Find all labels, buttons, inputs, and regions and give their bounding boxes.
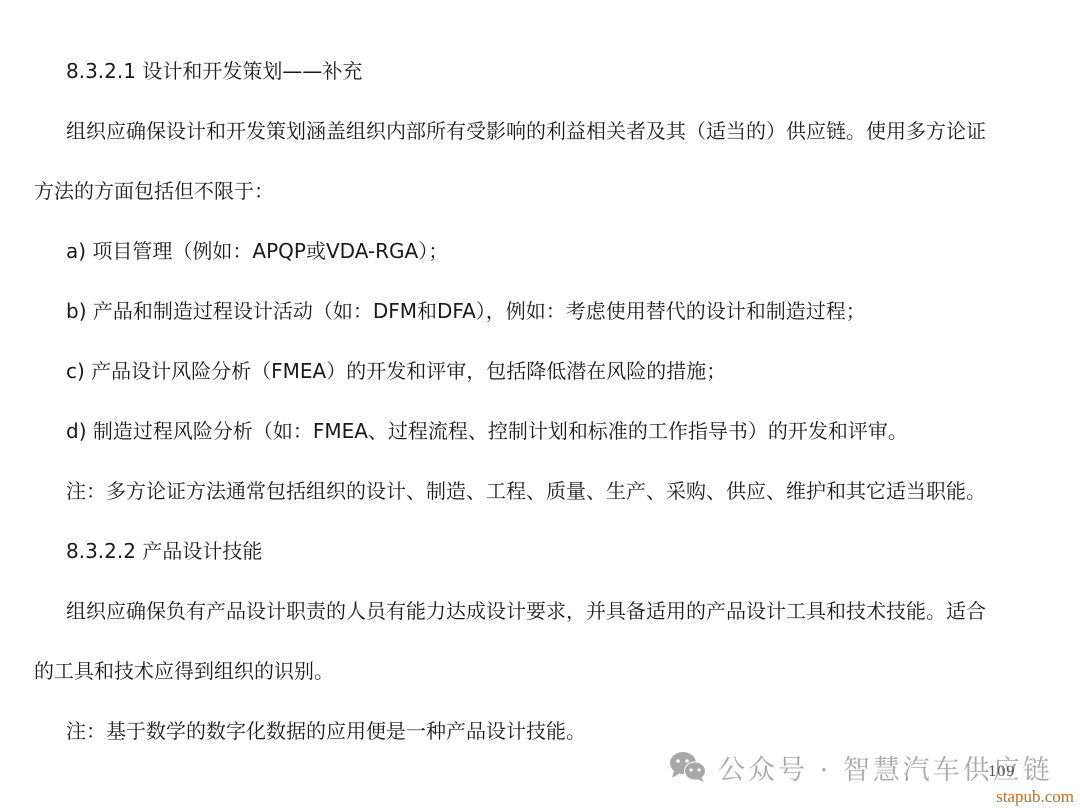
wechat-icon	[668, 751, 708, 783]
section-heading-8-3-2-1: 8.3.2.1 设计和开发策划——补充	[66, 57, 362, 85]
paragraph-2-line-2: 的工具和技术应得到组织的识别。	[34, 657, 334, 685]
section-heading-8-3-2-2: 8.3.2.2 产品设计技能	[66, 537, 262, 565]
list-item-a: a) 项目管理（例如：APQP或VDA-RGA）；	[66, 237, 448, 265]
paragraph-1-line-2: 方法的方面包括但不限于：	[34, 177, 274, 205]
paragraph-1-line-1: 组织应确保设计和开发策划涵盖组织内部所有受影响的利益相关者及其（适当的）供应链。…	[66, 117, 986, 145]
list-item-b: b) 产品和制造过程设计活动（如：DFM和DFA），例如：考虑使用替代的设计和制…	[66, 297, 866, 325]
site-watermark: stapub.com	[996, 787, 1074, 807]
note-1: 注：多方论证方法通常包括组织的设计、制造、工程、质量、生产、采购、供应、维护和其…	[66, 477, 986, 505]
list-item-d: d) 制造过程风险分析（如：FMEA、过程流程、控制计划和标准的工作指导书）的开…	[66, 417, 908, 445]
page-number: 109	[988, 764, 1015, 780]
list-item-c: c) 产品设计风险分析（FMEA）的开发和评审，包括降低潜在风险的措施；	[66, 357, 726, 385]
note-2: 注：基于数学的数字化数据的应用便是一种产品设计技能。	[66, 717, 586, 745]
paragraph-2-line-1: 组织应确保负有产品设计职责的人员有能力达成设计要求，并具备适用的产品设计工具和技…	[66, 597, 986, 625]
